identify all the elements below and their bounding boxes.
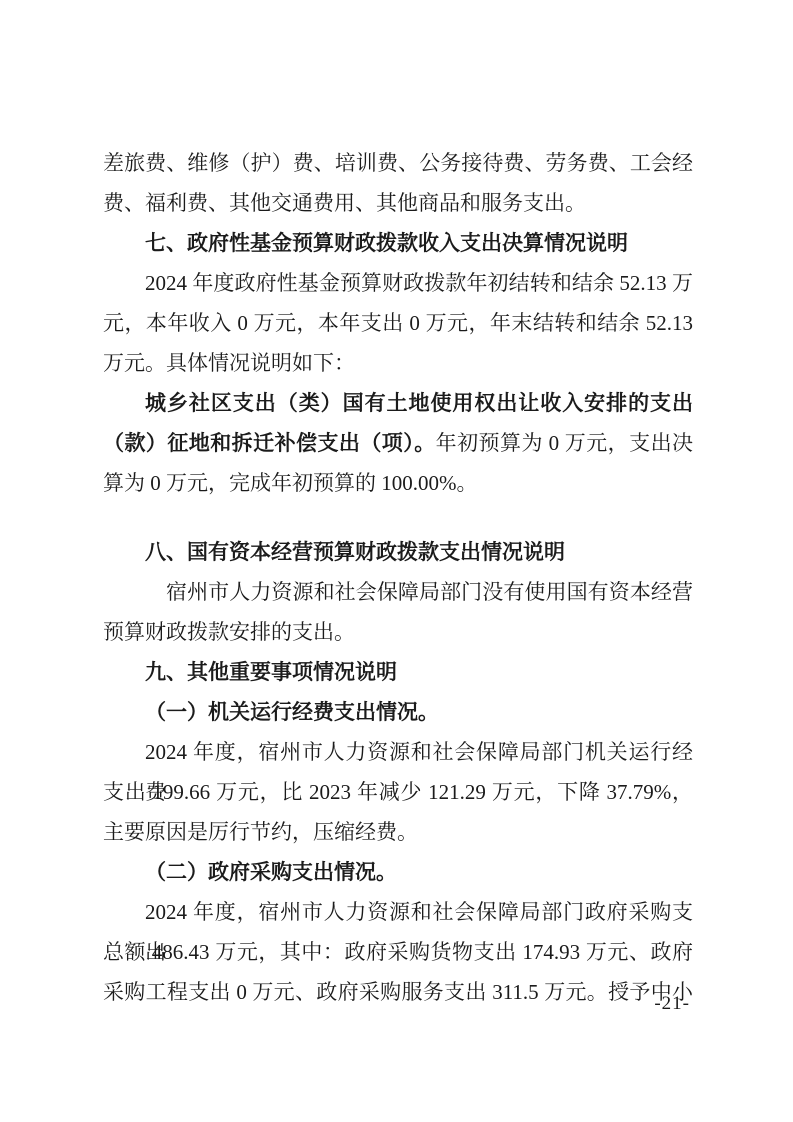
text-line: （款）征地和拆迁补偿支出（项）。年初预算为 0 万元，支出决	[103, 423, 693, 463]
body-text-segment: 预算财政拨款安排的支出。	[103, 620, 355, 644]
body-text-segment: 主要原因是厉行节约，压缩经费。	[103, 820, 418, 844]
bold-text-segment: （款）征地和拆迁补偿支出（项）。	[103, 432, 436, 455]
text-line: 支出 199.66 万元，比 2023 年减少 121.29 万元，下降 37.…	[103, 772, 693, 812]
text-line: 采购工程支出 0 万元、政府采购服务支出 311.5 万元。授予中小	[103, 972, 693, 1012]
document-page: 差旅费、维修（护）费、培训费、公务接待费、劳务费、工会经费、福利费、其他交通费用…	[0, 0, 793, 1122]
text-line: 总额 486.43 万元，其中：政府采购货物支出 174.93 万元、政府	[103, 932, 693, 972]
body-text-segment: 2024 年度政府性基金预算财政拨款年初结转和结余 52.13 万	[145, 271, 693, 295]
bold-text-segment: （二）政府采购支出情况。	[145, 861, 397, 884]
body-text-segment: 宿州市人力资源和社会保障局部门没有使用国有资本经营	[166, 580, 693, 604]
document-body: 差旅费、维修（护）费、培训费、公务接待费、劳务费、工会经费、福利费、其他交通费用…	[103, 143, 693, 1012]
body-text-segment: 总额 486.43 万元，其中：政府采购货物支出 174.93 万元、政府	[103, 940, 693, 964]
body-text-segment: 万元。具体情况说明如下：	[103, 351, 355, 375]
section-heading: （二）政府采购支出情况。	[103, 852, 693, 892]
body-text-segment: 差旅费、维修（护）费、培训费、公务接待费、劳务费、工会经	[103, 151, 693, 175]
body-text-segment: 算为 0 万元，完成年初预算的 100.00%。	[103, 471, 478, 495]
text-line: 算为 0 万元，完成年初预算的 100.00%。	[103, 463, 693, 503]
section-heading: 七、政府性基金预算财政拨款收入支出决算情况说明	[103, 223, 693, 263]
text-line: 2024 年度，宿州市人力资源和社会保障局部门政府采购支出	[103, 892, 693, 932]
text-line: 差旅费、维修（护）费、培训费、公务接待费、劳务费、工会经	[103, 143, 693, 183]
text-line: 2024 年度政府性基金预算财政拨款年初结转和结余 52.13 万	[103, 263, 693, 303]
bold-text-segment: 城乡社区支出（类）国有土地使用权出让收入安排的支出	[145, 392, 693, 415]
section-heading: 九、其他重要事项情况说明	[103, 652, 693, 692]
body-text-segment: 年初预算为 0 万元，支出决	[436, 431, 693, 455]
text-line: 费、福利费、其他交通费用、其他商品和服务支出。	[103, 183, 693, 223]
section-heading: 八、国有资本经营预算财政拨款支出情况说明	[103, 532, 693, 572]
text-line: 元，本年收入 0 万元，本年支出 0 万元，年末结转和结余 52.13	[103, 303, 693, 343]
text-line: 2024 年度，宿州市人力资源和社会保障局部门机关运行经费	[103, 732, 693, 772]
text-line: 预算财政拨款安排的支出。	[103, 612, 693, 652]
text-line: 万元。具体情况说明如下：	[103, 343, 693, 383]
text-line: 主要原因是厉行节约，压缩经费。	[103, 812, 693, 852]
body-text-segment: 费、福利费、其他交通费用、其他商品和服务支出。	[103, 191, 586, 215]
section-heading: （一）机关运行经费支出情况。	[103, 692, 693, 732]
text-line: 宿州市人力资源和社会保障局部门没有使用国有资本经营	[103, 572, 693, 612]
bold-text-segment: 七、政府性基金预算财政拨款收入支出决算情况说明	[145, 232, 628, 255]
bold-text-segment: 九、其他重要事项情况说明	[145, 661, 397, 684]
body-text-segment: 采购工程支出 0 万元、政府采购服务支出 311.5 万元。授予中小	[103, 980, 693, 1004]
text-line: 城乡社区支出（类）国有土地使用权出让收入安排的支出	[103, 383, 693, 423]
body-text-segment: 支出 199.66 万元，比 2023 年减少 121.29 万元，下降 37.…	[103, 780, 693, 804]
page-number: -21-	[654, 993, 690, 1015]
bold-text-segment: 八、国有资本经营预算财政拨款支出情况说明	[145, 541, 565, 564]
bold-text-segment: （一）机关运行经费支出情况。	[145, 701, 439, 724]
body-text-segment: 元，本年收入 0 万元，本年支出 0 万元，年末结转和结余 52.13	[103, 311, 693, 335]
